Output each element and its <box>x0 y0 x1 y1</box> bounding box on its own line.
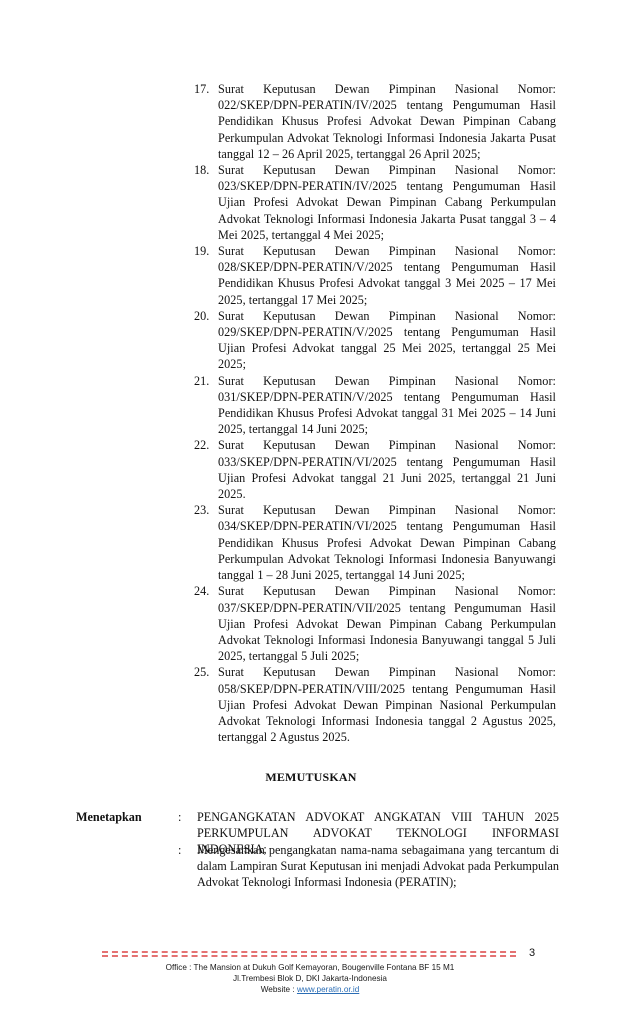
website-label: Website : <box>261 985 297 994</box>
list-item: 25. Surat Keputusan Dewan Pimpinan Nasio… <box>194 664 556 745</box>
list-item: 24. Surat Keputusan Dewan Pimpinan Nasio… <box>194 583 556 664</box>
item-text: Surat Keputusan Dewan Pimpinan Nasional … <box>218 243 556 308</box>
decision-label: Menetapkan <box>76 809 142 825</box>
list-item: 21. Surat Keputusan Dewan Pimpinan Nasio… <box>194 373 556 438</box>
considerations-list: 17. Surat Keputusan Dewan Pimpinan Nasio… <box>194 81 556 745</box>
list-item: 19. Surat Keputusan Dewan Pimpinan Nasio… <box>194 243 556 308</box>
footer-address-line: Jl.Trembesi Blok D, DKI Jakarta-Indonesi… <box>100 973 520 984</box>
page-footer: Office : The Mansion at Dukuh Golf Kemay… <box>100 962 520 996</box>
footer-website-line: Website : www.peratin.or.id <box>100 984 520 995</box>
document-page: 17. Surat Keputusan Dewan Pimpinan Nasio… <box>0 0 622 1024</box>
item-number: 18. <box>194 162 218 178</box>
item-text: Surat Keputusan Dewan Pimpinan Nasional … <box>218 81 556 162</box>
item-text: Surat Keputusan Dewan Pimpinan Nasional … <box>218 437 556 502</box>
list-item: 17. Surat Keputusan Dewan Pimpinan Nasio… <box>194 81 556 162</box>
item-number: 17. <box>194 81 218 97</box>
item-text: Surat Keputusan Dewan Pimpinan Nasional … <box>218 162 556 243</box>
item-number: 20. <box>194 308 218 324</box>
item-text: Surat Keputusan Dewan Pimpinan Nasional … <box>218 502 556 583</box>
page-number: 3 <box>529 947 535 959</box>
item-number: 19. <box>194 243 218 259</box>
item-number: 23. <box>194 502 218 518</box>
decision-colon: : <box>178 842 181 858</box>
footer-office-line: Office : The Mansion at Dukuh Golf Kemay… <box>100 962 520 973</box>
item-text: Surat Keputusan Dewan Pimpinan Nasional … <box>218 664 556 745</box>
list-item: 22. Surat Keputusan Dewan Pimpinan Nasio… <box>194 437 556 502</box>
item-number: 24. <box>194 583 218 599</box>
item-number: 22. <box>194 437 218 453</box>
item-text: Surat Keputusan Dewan Pimpinan Nasional … <box>218 583 556 664</box>
list-item: 18. Surat Keputusan Dewan Pimpinan Nasio… <box>194 162 556 243</box>
item-text: Surat Keputusan Dewan Pimpinan Nasional … <box>218 308 556 373</box>
decision-point: Mengesahkan pengangkatan nama-nama sebag… <box>197 842 559 891</box>
decision-colon: : <box>178 809 181 825</box>
section-heading: MEMUTUSKAN <box>200 770 422 785</box>
item-text: Surat Keputusan Dewan Pimpinan Nasional … <box>218 373 556 438</box>
item-number: 25. <box>194 664 218 680</box>
item-number: 21. <box>194 373 218 389</box>
list-item: 20. Surat Keputusan Dewan Pimpinan Nasio… <box>194 308 556 373</box>
list-item: 23. Surat Keputusan Dewan Pimpinan Nasio… <box>194 502 556 583</box>
footer-divider <box>102 951 516 957</box>
website-link[interactable]: www.peratin.or.id <box>297 985 359 994</box>
